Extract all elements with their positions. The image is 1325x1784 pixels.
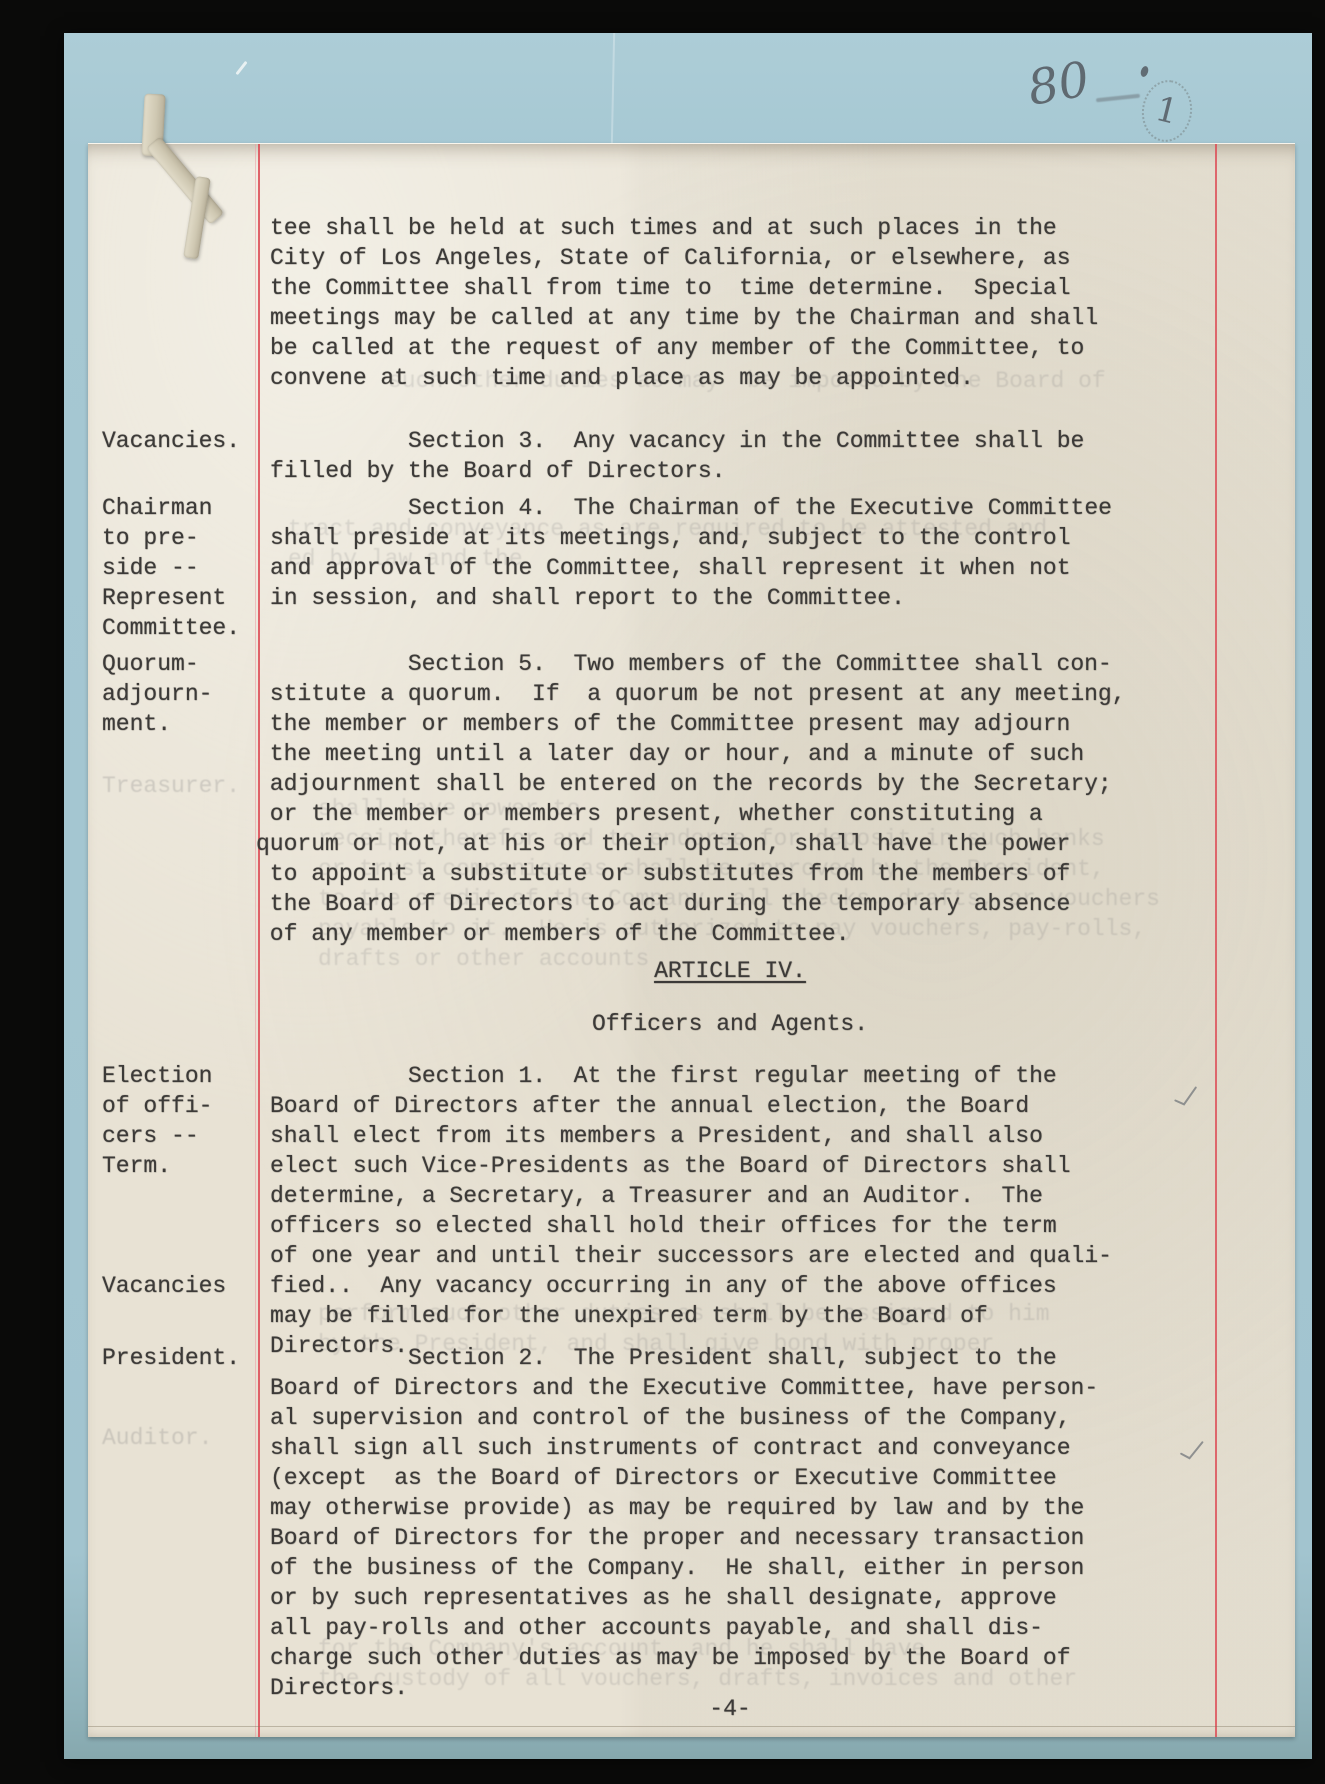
punch-digit: 1 <box>1152 89 1183 133</box>
margin-label-vacancies-2: Vacancies <box>102 1271 226 1301</box>
section-2-text: Section 2. The President shall, subject … <box>270 1343 1098 1703</box>
photo-background: such other duties as may be imposed by t… <box>0 0 1325 1784</box>
section-1-text: Section 1. At the first regular meeting … <box>270 1061 1112 1361</box>
article-heading-text: ARTICLE IV. <box>654 958 806 984</box>
handwritten-page-number: 80 <box>1024 51 1094 117</box>
margin-label-president: President. <box>102 1343 240 1373</box>
pencil-checkmark <box>1171 1084 1202 1110</box>
under-sheet-edge <box>88 1726 1295 1727</box>
paragraph-committee-meetings: tee shall be held at such times and at s… <box>270 213 1098 393</box>
article-heading: ARTICLE IV. <box>270 956 1190 986</box>
margin-label-chairman: Chairman to pre- side -- Represent Commi… <box>102 493 240 643</box>
bleedthrough-label-auditor: Auditor. <box>102 1423 212 1453</box>
margin-label-vacancies: Vacancies. <box>102 426 240 456</box>
typewritten-page: such other duties as may be imposed by t… <box>88 143 1295 1737</box>
pencil-checkmark <box>1177 1439 1206 1463</box>
right-margin-rule <box>1215 144 1217 1737</box>
section-4-text: Section 4. The Chairman of the Executive… <box>270 493 1112 613</box>
bleedthrough-label-treasurer: Treasurer. <box>102 771 240 801</box>
margin-label-election: Election of offi- cers -- Term. <box>102 1061 212 1181</box>
page-number: -4- <box>270 1694 1190 1724</box>
margin-label-quorum: Quorum- adjourn- ment. <box>102 649 212 739</box>
section-5-text: Section 5. Two members of the Committee … <box>256 649 1126 949</box>
article-subheading: Officers and Agents. <box>270 1009 1190 1039</box>
section-3-text: Section 3. Any vacancy in the Committee … <box>270 426 1084 486</box>
